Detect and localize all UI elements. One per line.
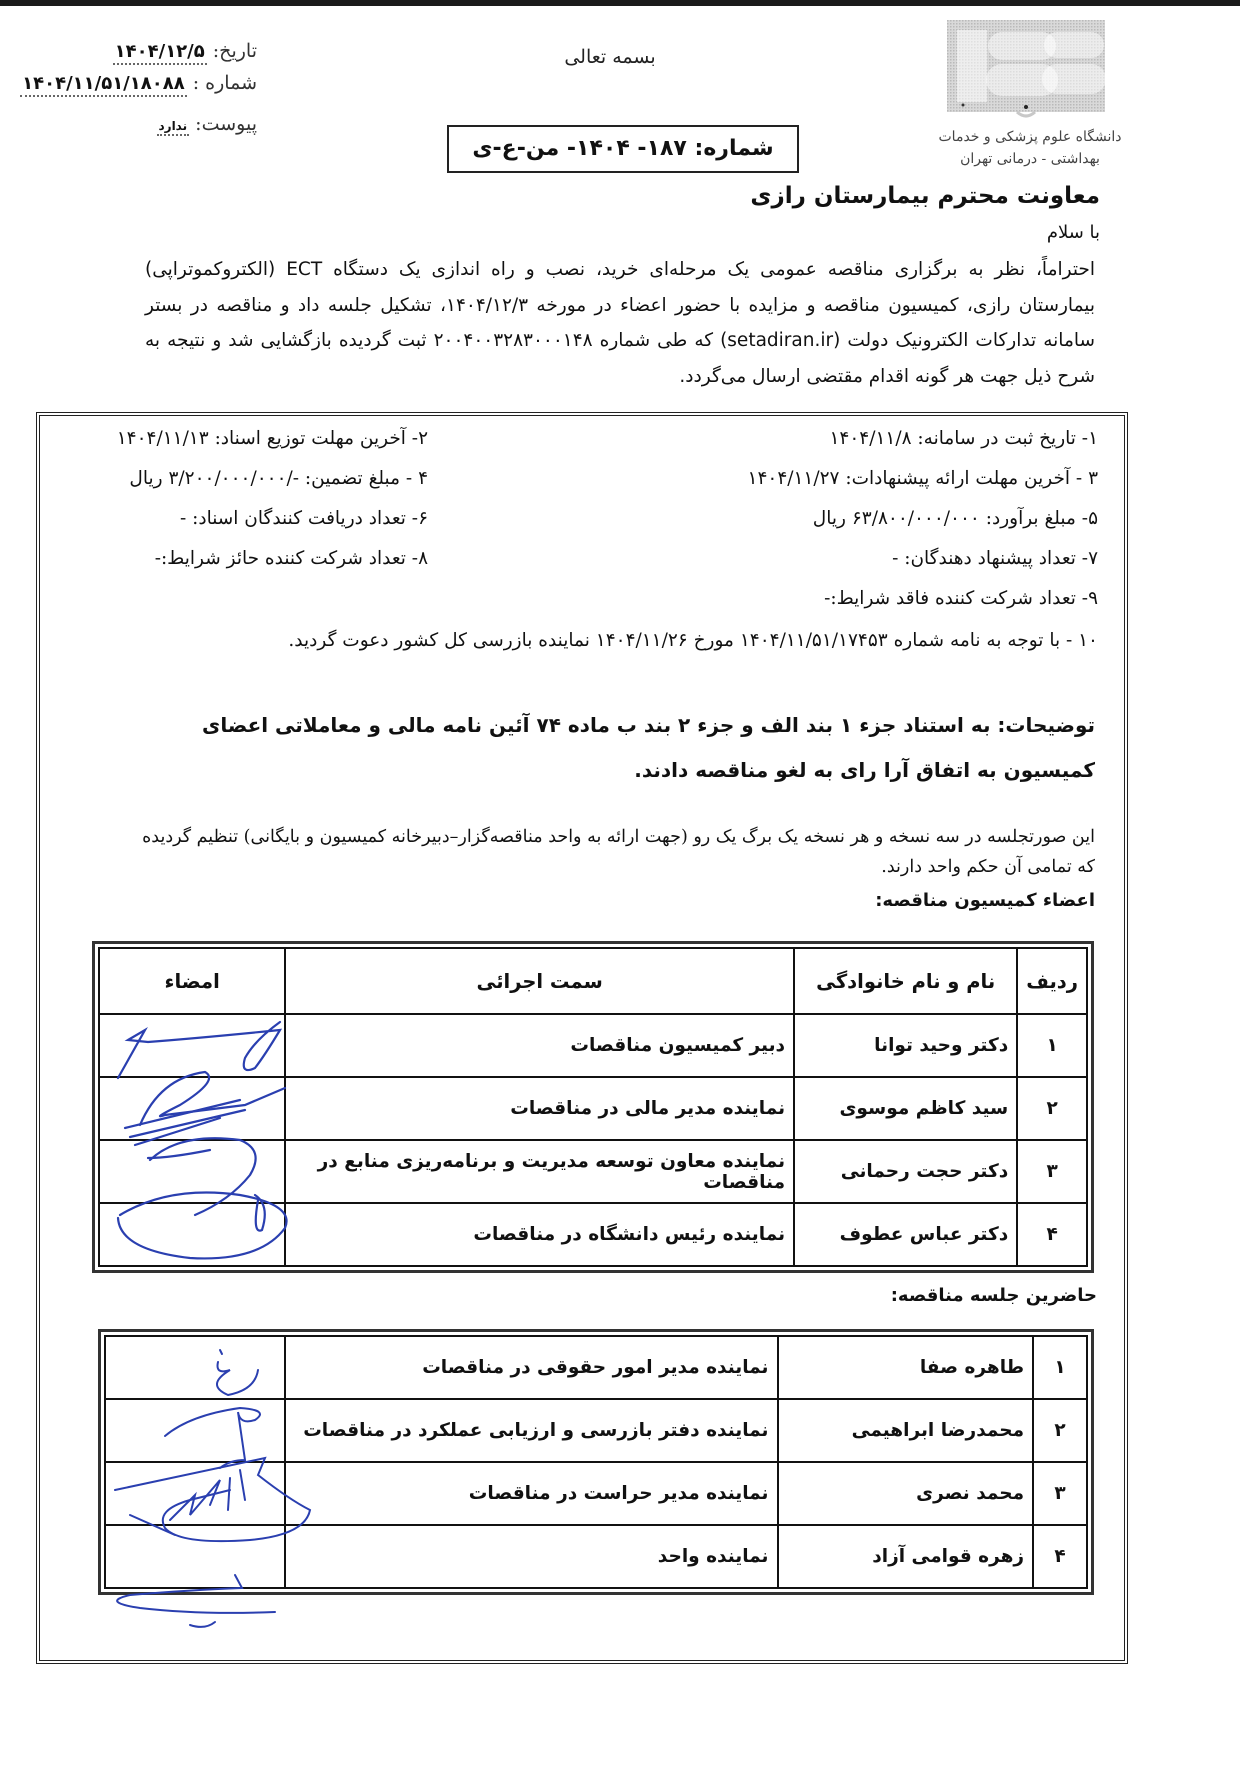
attachment-value: ندارد (157, 119, 190, 136)
table-row: ۴ زهره قوامی آزاد نماینده واحد (105, 1525, 1087, 1588)
signature-cell (99, 1014, 285, 1077)
table-row: ۱ دکتر وحید توانا دبیر کمیسیون مناقصات (99, 1014, 1087, 1077)
members-heading: اعضاء کمیسیون مناقصه: (875, 890, 1095, 911)
item-5-estimated-amount: ۵- مبلغ برآورد: ۶۳/۸۰۰/۰۰۰/۰۰۰ ریال (813, 508, 1098, 529)
university-name: دانشگاه علوم پزشکی و خدمات بهداشتی - درم… (920, 126, 1140, 170)
date-label: تاریخ: (213, 40, 257, 62)
col-header-signature: امضاء (99, 948, 285, 1014)
university-logo-icon (947, 20, 1105, 120)
attendee-role: نماینده مدیر امور حقوقی در مناقصات (285, 1336, 778, 1399)
letter-attachment: پیوست: ندارد (157, 113, 258, 135)
attendees-table: ۱ طاهره صفا نماینده مدیر امور حقوقی در م… (104, 1335, 1088, 1589)
attendee-name: زهره قوامی آزاد (778, 1525, 1034, 1588)
row-index: ۴ (1017, 1203, 1087, 1266)
members-header-row: ردیف نام و نام خانوادگی سمت اجرائی امضاء (99, 948, 1087, 1014)
table-row: ۲ محمدرضا ابراهیمی نماینده دفتر بازرسی و… (105, 1399, 1087, 1462)
attendee-role: نماینده مدیر حراست در مناقصات (285, 1462, 778, 1525)
member-name: دکتر حجت رحمانی (794, 1140, 1017, 1203)
item-7-bidders-count: ۷- تعداد پیشنهاد دهندگان: - (892, 548, 1098, 569)
col-header-role: سمت اجرائی (285, 948, 794, 1014)
number-value: ۱۴۰۴/۱۱/۵۱/۱۸۰۸۸ (20, 73, 187, 97)
attendee-role: نماینده واحد (285, 1525, 778, 1588)
members-table: ردیف نام و نام خانوادگی سمت اجرائی امضاء… (98, 947, 1088, 1267)
item-6-document-receivers: ۶- تعداد دریافت کنندگان اسناد: - (180, 508, 428, 529)
greeting: با سلام (1047, 222, 1100, 243)
item-9-unqualified-count: ۹- تعداد شرکت کننده فاقد شرایط:- (824, 588, 1098, 609)
signature-cell (105, 1462, 285, 1525)
number-label: شماره : (193, 72, 257, 94)
row-index: ۲ (1033, 1399, 1087, 1462)
letter-date: تاریخ: ۱۴۰۴/۱۲/۵ (113, 40, 257, 62)
row-index: ۳ (1033, 1462, 1087, 1525)
attendee-name: محمدرضا ابراهیمی (778, 1399, 1034, 1462)
col-header-name: نام و نام خانوادگی (794, 948, 1017, 1014)
row-index: ۱ (1017, 1014, 1087, 1077)
item-3-proposal-deadline: ۳ - آخرین مهلت ارائه پیشنهادات: ۱۴۰۴/۱۱/… (748, 468, 1098, 489)
university-name-line1: دانشگاه علوم پزشکی و خدمات (920, 126, 1140, 148)
table-row: ۴ دکتر عباس عطوف نماینده رئیس دانشگاه در… (99, 1203, 1087, 1266)
member-role: نماینده مدیر مالی در مناقصات (285, 1077, 794, 1140)
signature-cell (105, 1525, 285, 1588)
table-row: ۱ طاهره صفا نماینده مدیر امور حقوقی در م… (105, 1336, 1087, 1399)
row-index: ۱ (1033, 1336, 1087, 1399)
item-10-inspector-invitation: ۱۰ - با توجه به نامه شماره ۱۴۰۴/۱۱/۵۱/۱۷… (288, 630, 1098, 651)
signature-cell (99, 1140, 285, 1203)
attendee-role: نماینده دفتر بازرسی و ارزیابی عملکرد در … (285, 1399, 778, 1462)
row-index: ۳ (1017, 1140, 1087, 1203)
date-value: ۱۴۰۴/۱۲/۵ (113, 41, 207, 65)
table-row: ۲ سید کاظم موسوی نماینده مدیر مالی در من… (99, 1077, 1087, 1140)
attendee-name: محمد نصری (778, 1462, 1034, 1525)
scan-top-edge (0, 0, 1240, 6)
table-row: ۳ محمد نصری نماینده مدیر حراست در مناقصا… (105, 1462, 1087, 1525)
copies-statement: این صورتجلسه در سه نسخه و هر نسخه یک برگ… (135, 822, 1095, 882)
signature-cell (105, 1399, 285, 1462)
table-row: ۳ دکتر حجت رحمانی نماینده معاون توسعه مد… (99, 1140, 1087, 1203)
item-8-qualified-count: ۸- تعداد شرکت کننده حائز شرایط:- (155, 548, 428, 569)
row-index: ۴ (1033, 1525, 1087, 1588)
reference-number-box: شماره: ۱۸۷- ۱۴۰۴- من-ع-ی (447, 125, 799, 173)
signature-cell (99, 1203, 285, 1266)
item-1-registration-date: ۱- تاریخ ثبت در سامانه: ۱۴۰۴/۱۱/۸ (830, 428, 1099, 449)
item-4-guarantee-amount: ۴ - مبلغ تضمین: -/۳/۲۰۰/۰۰۰/۰۰۰ ریال (129, 468, 428, 489)
row-index: ۲ (1017, 1077, 1087, 1140)
recipient-title: معاونت محترم بیمارستان رازی (750, 183, 1100, 209)
col-header-index: ردیف (1017, 948, 1087, 1014)
attachment-label: پیوست: (195, 113, 257, 135)
member-name: دکتر وحید توانا (794, 1014, 1017, 1077)
item-2-document-deadline: ۲- آخرین مهلت توزیع اسناد: ۱۴۰۴/۱۱/۱۳ (117, 428, 428, 449)
signature-cell (99, 1077, 285, 1140)
notes-decision: توضیحات: به استناد جزء ۱ بند الف و جزء ۲… (135, 703, 1095, 793)
member-name: دکتر عباس عطوف (794, 1203, 1017, 1266)
letter-number: شماره : ۱۴۰۴/۱۱/۵۱/۱۸۰۸۸ (20, 72, 257, 94)
attendees-heading: حاضرین جلسه مناقصه: (891, 1285, 1097, 1306)
university-name-line2: بهداشتی - درمانی تهران (920, 148, 1140, 170)
attendee-name: طاهره صفا (778, 1336, 1034, 1399)
member-name: سید کاظم موسوی (794, 1077, 1017, 1140)
member-role: دبیر کمیسیون مناقصات (285, 1014, 794, 1077)
member-role: نماینده رئیس دانشگاه در مناقصات (285, 1203, 794, 1266)
signature-cell (105, 1336, 285, 1399)
member-role: نماینده معاون توسعه مدیریت و برنامه‌ریزی… (285, 1140, 794, 1203)
bismillah: بسمه تعالی (540, 46, 680, 68)
letter-body: احتراماً، نظر به برگزاری مناقصه عمومی یک… (145, 252, 1095, 394)
